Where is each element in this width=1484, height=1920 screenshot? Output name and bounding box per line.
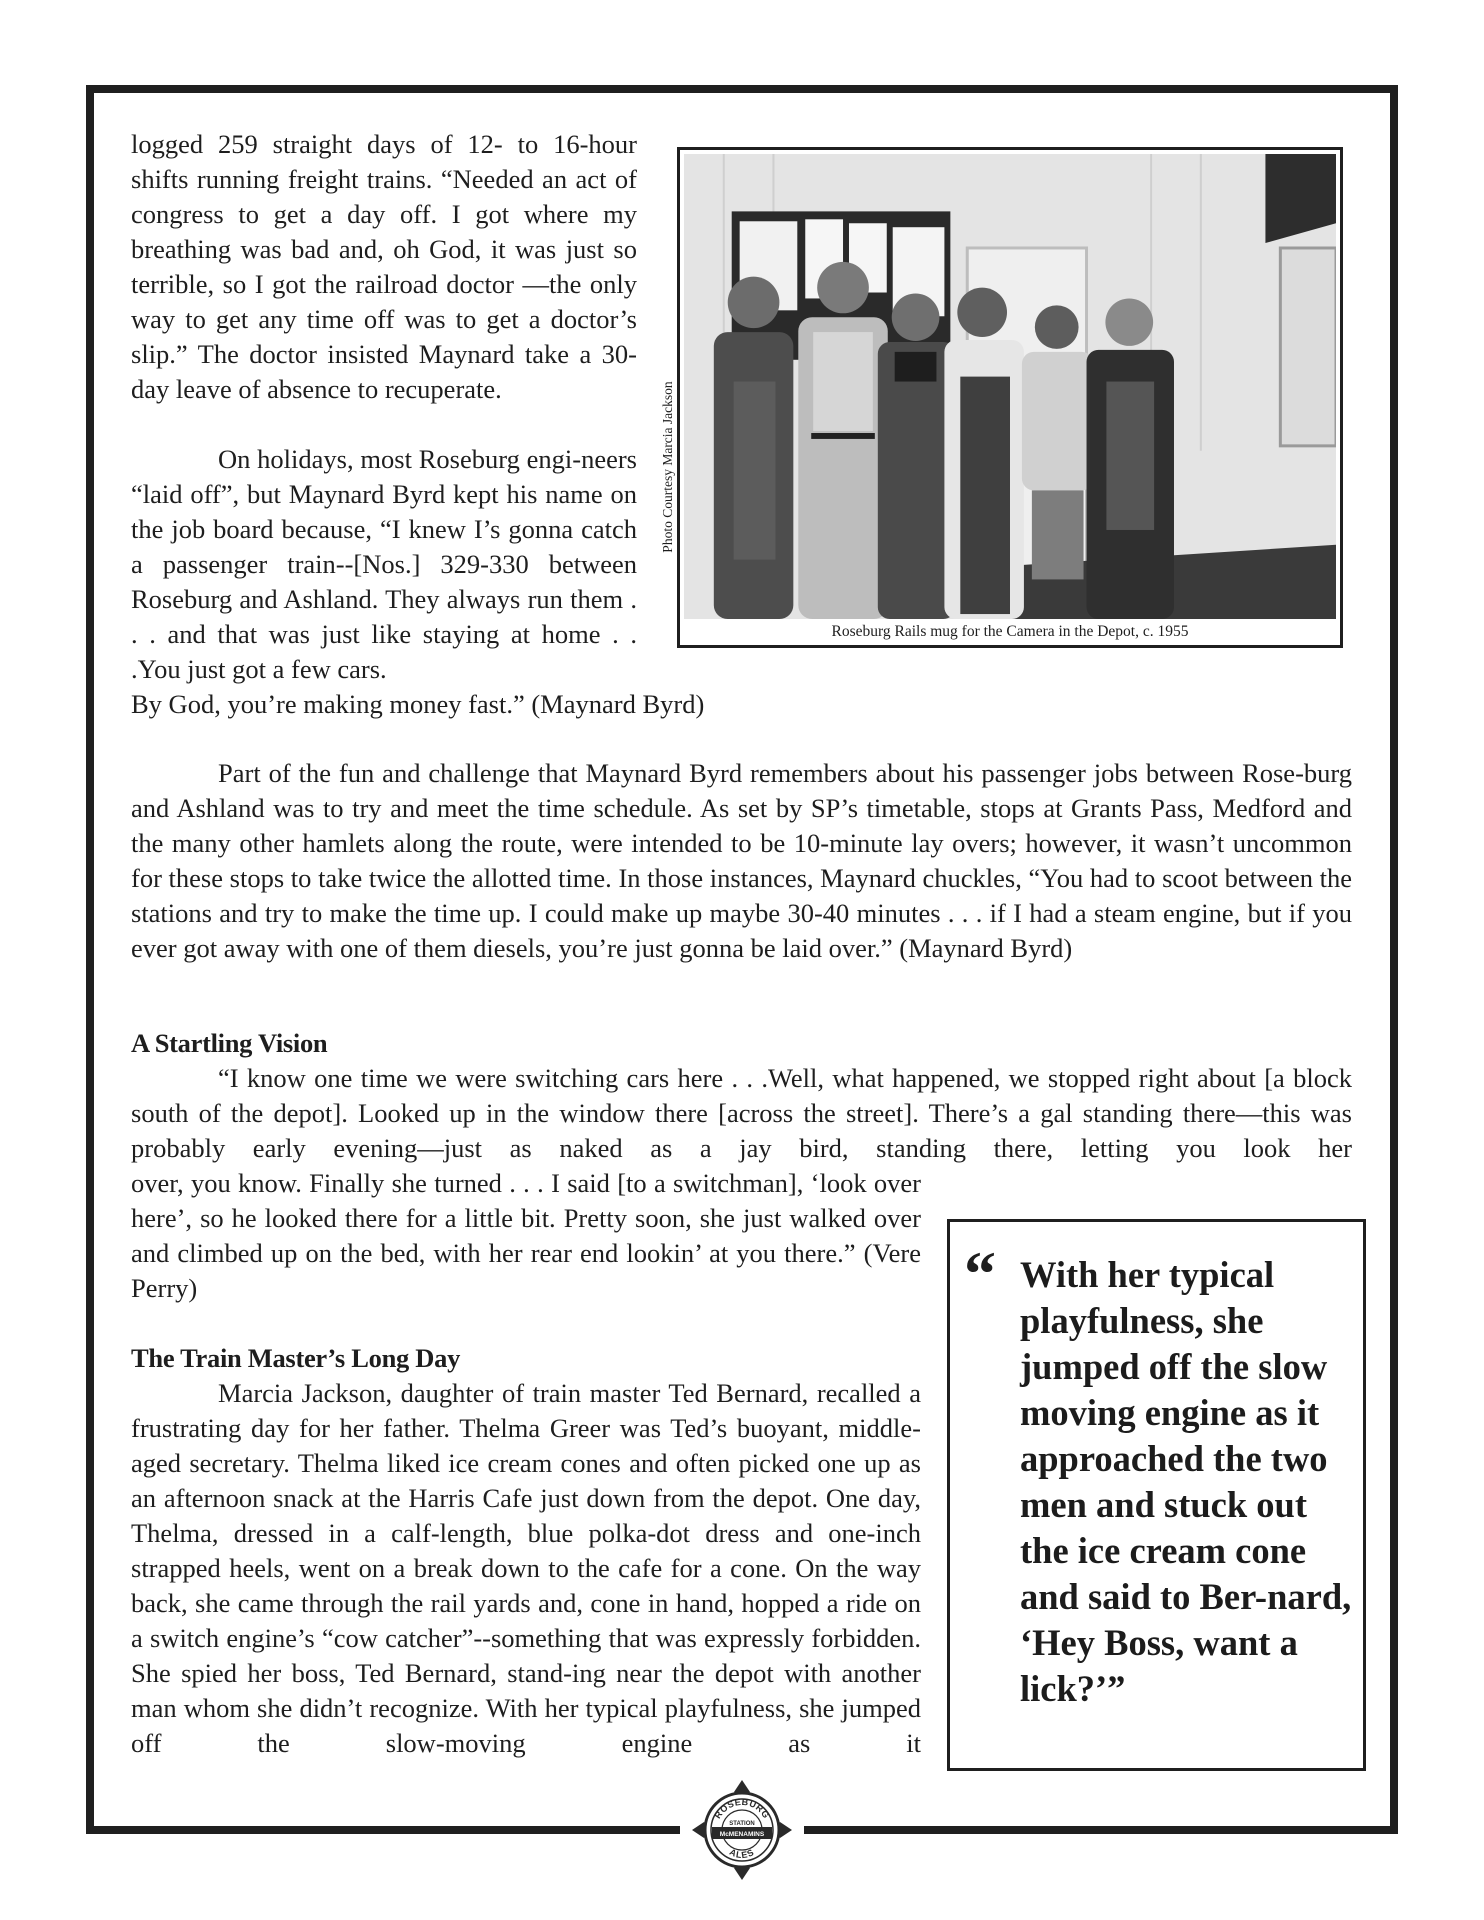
pull-quote-box: “ With her typical playfulness, she jump… bbox=[947, 1219, 1366, 1771]
paragraph-text: By God, you’re making money fast.” (Mayn… bbox=[131, 687, 851, 722]
paragraph-holidays: On holidays, most Roseburg engi-neers “l… bbox=[131, 442, 637, 687]
roseburg-station-logo-icon: ROSEBURG STATION McMENAMINS ALES bbox=[690, 1778, 794, 1882]
logo-band-text: McMENAMINS bbox=[720, 1831, 765, 1838]
paragraph-text: Marcia Jackson, daughter of train master… bbox=[131, 1376, 921, 1761]
logo-middle-text: STATION bbox=[729, 1821, 754, 1827]
paragraph-holidays-last-line: By God, you’re making money fast.” (Mayn… bbox=[131, 687, 851, 722]
section-heading-train-master: The Train Master’s Long Day bbox=[131, 1341, 921, 1376]
paragraph-text: “I know one time we were switching cars … bbox=[131, 1061, 1352, 1166]
paragraph-maynard-shifts: logged 259 straight days of 12- to 16-ho… bbox=[131, 127, 637, 407]
quote-mark-icon: “ bbox=[964, 1242, 996, 1306]
paragraph-train-master: Marcia Jackson, daughter of train master… bbox=[131, 1376, 921, 1761]
paragraph-text: logged 259 straight days of 12- to 16-ho… bbox=[131, 127, 637, 407]
logo-emblem: ROSEBURG STATION McMENAMINS ALES bbox=[690, 1778, 794, 1882]
paragraph-startling-vision-wide: “I know one time we were switching cars … bbox=[131, 1061, 1352, 1166]
photo-image-depot-crew bbox=[684, 154, 1336, 619]
photo-credit: Photo Courtesy Marcia Jackson bbox=[660, 367, 676, 567]
paragraph-time-schedule: Part of the fun and challenge that Mayna… bbox=[131, 756, 1352, 966]
pull-quote-text: With her typical playfulness, she jumped… bbox=[1020, 1252, 1353, 1712]
paragraph-text: Part of the fun and challenge that Mayna… bbox=[131, 756, 1352, 966]
paragraph-startling-vision-narrow: over, you know. Finally she turned . . .… bbox=[131, 1166, 921, 1306]
photo-illustration bbox=[684, 154, 1336, 619]
paragraph-text: On holidays, most Roseburg engi-neers “l… bbox=[131, 442, 637, 687]
photo-caption: Roseburg Rails mug for the Camera in the… bbox=[680, 622, 1340, 642]
section-heading-startling-vision: A Startling Vision bbox=[131, 1026, 931, 1061]
paragraph-text: over, you know. Finally she turned . . .… bbox=[131, 1166, 921, 1306]
photo-figure: Roseburg Rails mug for the Camera in the… bbox=[677, 147, 1343, 648]
